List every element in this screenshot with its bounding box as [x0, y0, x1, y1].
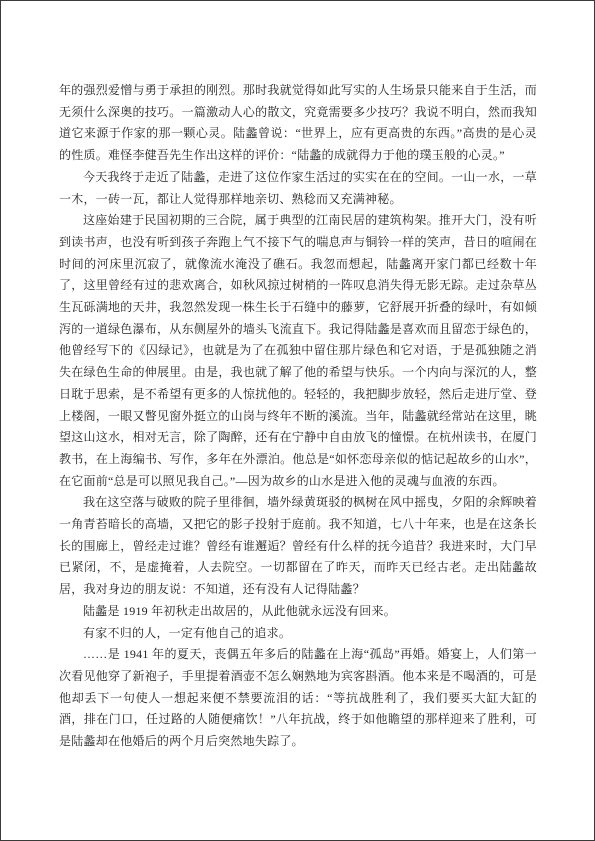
paragraph-4: 我在这空落与破败的院子里徘徊，墙外绿黄斑驳的枫树在风中摇曳，夕阳的余辉映着一角青… — [59, 492, 537, 601]
paragraph-2: 今天我终于走近了陆蠡，走进了这位作家生活过的实实在在的空间。一山一水，一草一木，… — [59, 167, 537, 210]
paragraph-7: ……是 1941 年的夏天，丧偶五年多后的陆蠡在上海“孤岛”再婚。婚宴上，人们第… — [59, 644, 537, 753]
paragraph-continuation: 年的强烈爱憎与勇于承担的刚烈。那时我就觉得如此写实的人生场景只能来自于生活，而无… — [59, 80, 537, 167]
paragraph-6: 有家不归的人，一定有他自己的追求。 — [59, 623, 537, 645]
paragraph-5: 陆蠡是 1919 年初秋走出故居的，从此他就永远没有回来。 — [59, 601, 537, 623]
document-text-block: 年的强烈爱憎与勇于承担的刚烈。那时我就觉得如此写实的人生场景只能来自于生活，而无… — [59, 80, 537, 753]
paragraph-3: 这座始建于民国初期的三合院，属于典型的江南民居的建筑构架。推开大门，没有听到读书… — [59, 210, 537, 492]
document-page: 年的强烈爱憎与勇于承担的刚烈。那时我就觉得如此写实的人生场景只能来自于生活，而无… — [0, 0, 595, 841]
